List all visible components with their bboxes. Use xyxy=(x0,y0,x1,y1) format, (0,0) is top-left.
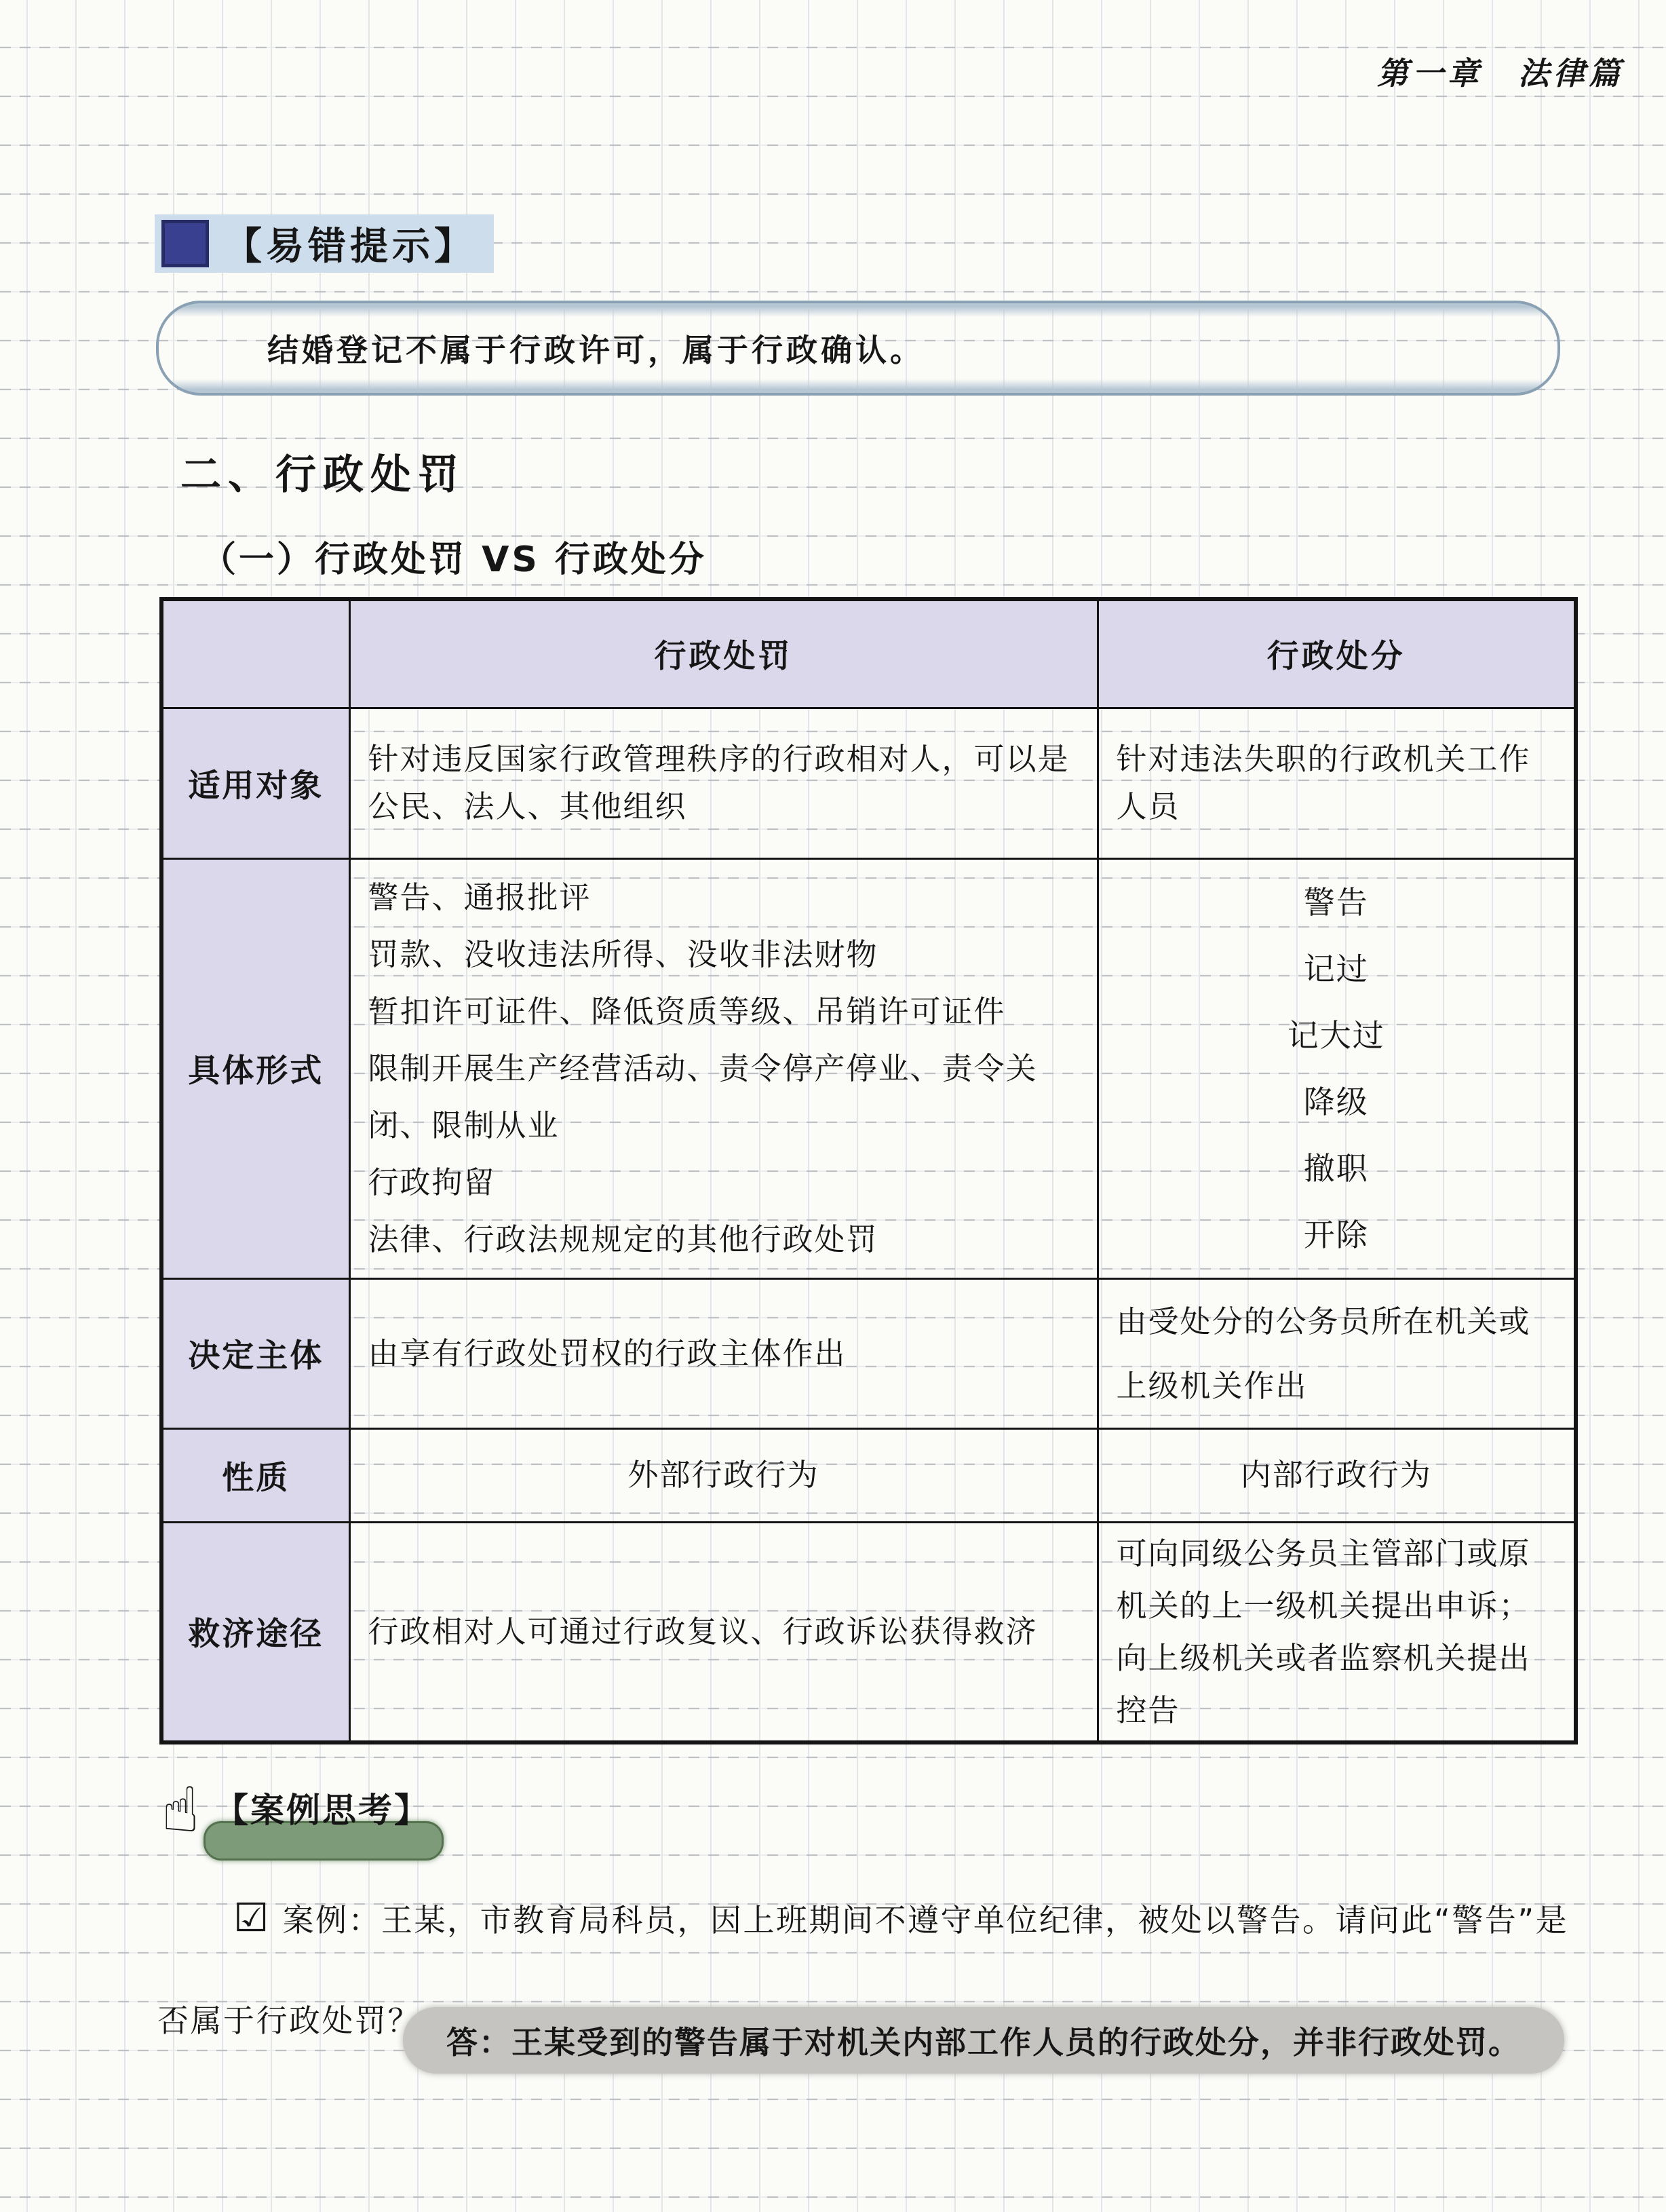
row-label: 救济途径 xyxy=(161,1522,349,1742)
sanction-target-cell: 针对违法失职的行政机关工作人员 xyxy=(1098,708,1576,858)
comparison-table: 行政处罚 行政处分 适用对象 针对违反国家行政管理秩序的行政相对人，可以是公民、… xyxy=(159,597,1578,1744)
table-row-target: 适用对象 针对违反国家行政管理秩序的行政相对人，可以是公民、法人、其他组织 针对… xyxy=(161,708,1576,858)
sanction-form-line: 警告 xyxy=(1117,869,1557,936)
penalty-form-line: 暂扣许可证件、降低资质等级、吊销许可证件 xyxy=(368,983,1079,1040)
chapter-header: 第一章 法律篇 xyxy=(1377,49,1624,94)
tip-box: 结婚登记不属于行政许可，属于行政确认。 xyxy=(156,301,1560,396)
tip-box-text: 结婚登记不属于行政许可，属于行政确认。 xyxy=(267,326,925,370)
table-row-remedy: 救济途径 行政相对人可通过行政复议、行政诉讼获得救济 可向同级公务员主管部门或原… xyxy=(161,1522,1576,1742)
penalty-remedy-cell: 行政相对人可通过行政复议、行政诉讼获得救济 xyxy=(349,1522,1098,1742)
row-label: 具体形式 xyxy=(161,858,349,1278)
penalty-form-line: 警告、通报批评 xyxy=(368,869,1079,926)
sanction-form-line: 开除 xyxy=(1117,1202,1557,1268)
sanction-forms-cell: 警告 记过 记大过 降级 撤职 开除 xyxy=(1098,858,1576,1278)
penalty-form-line: 法律、行政法规规定的其他行政处罚 xyxy=(368,1211,1079,1268)
table-row-forms: 具体形式 警告、通报批评 罚款、没收违法所得、没收非法财物 暂扣许可证件、降低资… xyxy=(161,858,1576,1278)
tip-heading-label: 【易错提示】 xyxy=(224,216,476,271)
case-heading-label: 【案例思考】 xyxy=(214,1783,430,1832)
tip-heading: 【易错提示】 xyxy=(155,214,494,273)
table-row-decider: 决定主体 由享有行政处罚权的行政主体作出 由受处分的公务员所在机关或上级机关作出 xyxy=(161,1278,1576,1428)
section-subtitle: （一）行政处罚 VS 行政处分 xyxy=(201,531,707,581)
penalty-decider-cell: 由享有行政处罚权的行政主体作出 xyxy=(349,1278,1098,1428)
row-label: 性质 xyxy=(161,1428,349,1522)
penalty-target-cell: 针对违反国家行政管理秩序的行政相对人，可以是公民、法人、其他组织 xyxy=(349,708,1098,858)
penalty-forms-cell: 警告、通报批评 罚款、没收违法所得、没收非法财物 暂扣许可证件、降低资质等级、吊… xyxy=(349,858,1098,1278)
penalty-form-line: 限制开展生产经营活动、责令停产停业、责令关闭、限制从业 xyxy=(368,1040,1079,1154)
sanction-form-line: 记过 xyxy=(1117,936,1557,1002)
penalty-form-line: 行政拘留 xyxy=(368,1154,1079,1211)
navy-square-icon xyxy=(161,220,209,267)
sanction-form-line: 撤职 xyxy=(1117,1135,1557,1202)
sanction-nature-cell: 内部行政行为 xyxy=(1098,1428,1576,1522)
col-header-sanction: 行政处分 xyxy=(1098,599,1576,708)
section-title: 二、行政处罚 xyxy=(180,442,465,501)
penalty-form-line: 罚款、没收违法所得、没收非法财物 xyxy=(368,926,1079,983)
case-answer-highlight: 答：王某受到的警告属于对机关内部工作人员的行政处分，并非行政处罚。 xyxy=(403,2007,1564,2074)
checkbox-icon: ☑ xyxy=(233,1894,271,1941)
table-corner-cell xyxy=(161,599,349,708)
case-answer-text: 答：王某受到的警告属于对机关内部工作人员的行政处分，并非行政处罚。 xyxy=(446,2018,1521,2063)
sanction-decider-cell: 由受处分的公务员所在机关或上级机关作出 xyxy=(1098,1278,1576,1428)
sanction-form-line: 降级 xyxy=(1117,1069,1557,1135)
row-label: 适用对象 xyxy=(161,708,349,858)
table-row-nature: 性质 外部行政行为 内部行政行为 xyxy=(161,1428,1576,1522)
sanction-form-line: 记大过 xyxy=(1117,1002,1557,1069)
penalty-nature-cell: 外部行政行为 xyxy=(349,1428,1098,1522)
sanction-remedy-cell: 可向同级公务员主管部门或原机关的上一级机关提出申诉；向上级机关或者监察机关提出控… xyxy=(1098,1522,1576,1742)
pointing-hand-icon: ☝ xyxy=(161,1779,199,1842)
col-header-penalty: 行政处罚 xyxy=(349,599,1098,708)
row-label: 决定主体 xyxy=(161,1278,349,1428)
table-header-row: 行政处罚 行政处分 xyxy=(161,599,1576,708)
